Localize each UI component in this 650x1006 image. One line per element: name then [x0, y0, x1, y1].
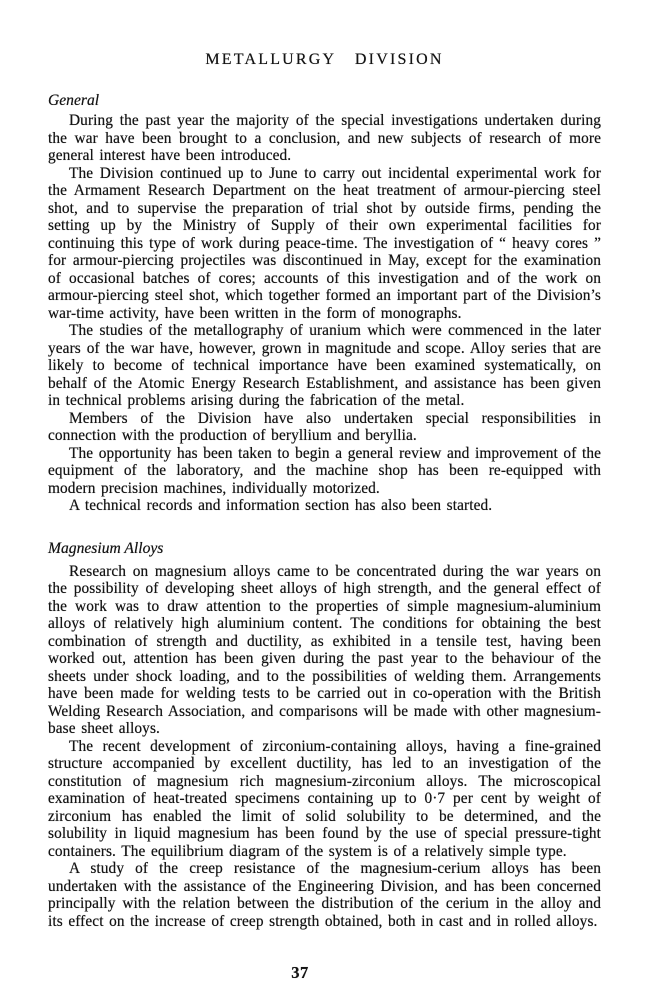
section-general: General During the past year the majorit…	[48, 92, 601, 515]
paragraph: The Division continued up to June to car…	[48, 165, 601, 323]
paragraph: The recent development of zirconium-cont…	[48, 738, 601, 861]
paragraph: Research on magnesium alloys came to be …	[48, 563, 601, 738]
page-title: METALLURGY DIVISION	[48, 51, 601, 69]
document-page: METALLURGY DIVISION General During the p…	[0, 0, 650, 1006]
paragraph: A technical records and information sect…	[48, 497, 601, 515]
paragraph: During the past year the majority of the…	[48, 112, 601, 165]
paragraph: Members of the Division have also undert…	[48, 410, 601, 445]
section-magnesium-alloys: Magnesium Alloys Research on magnesium a…	[48, 540, 601, 931]
section-heading-magnesium-alloys: Magnesium Alloys	[48, 540, 601, 557]
paragraph: The opportunity has been taken to begin …	[48, 445, 601, 498]
section-heading-general: General	[48, 92, 601, 109]
paragraph: The studies of the metallography of uran…	[48, 322, 601, 410]
page-number: 37	[0, 963, 600, 983]
paragraph: A study of the creep resistance of the m…	[48, 860, 601, 930]
